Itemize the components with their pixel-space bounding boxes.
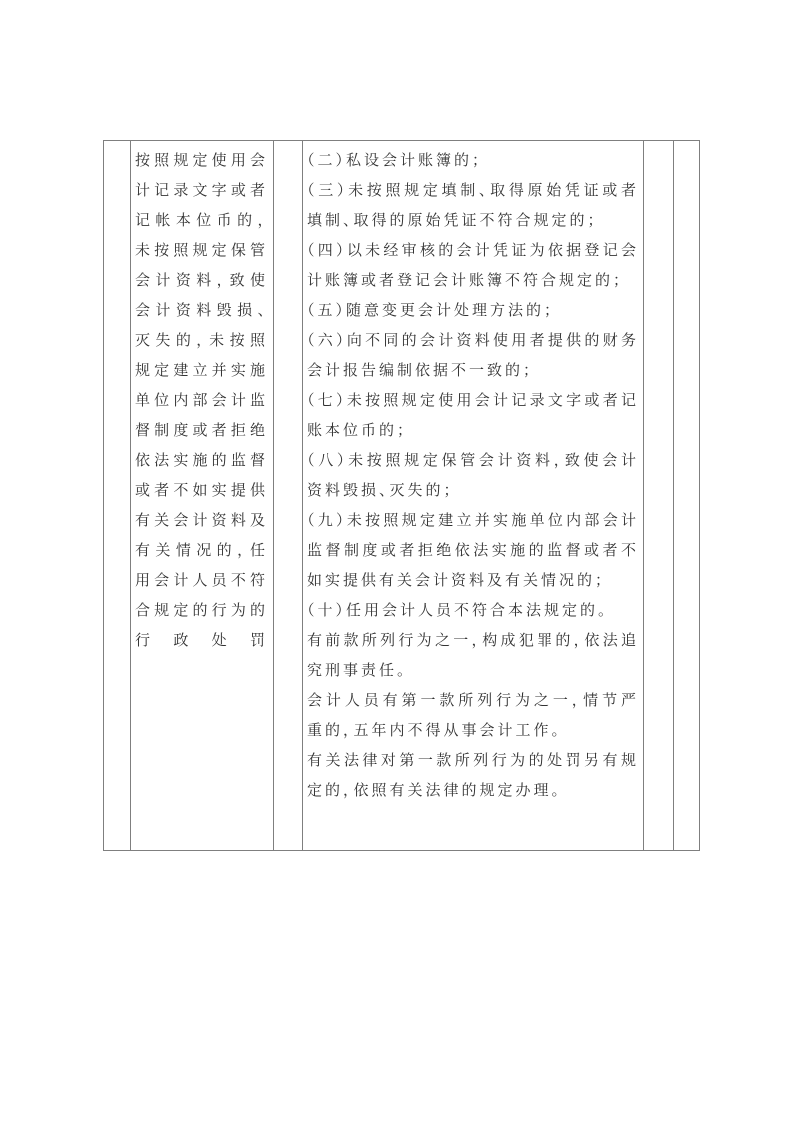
basis-paragraph: 有关法律对第一款所列行为的处罚另有规定的，依照有关法律的规定办理。: [307, 746, 639, 806]
behavior-text: 按照规定使用会计记录文字或者记帐本位币的，未按照规定保管会计资料，致使会计资料毁…: [135, 146, 269, 656]
basis-paragraph: （五）随意变更会计处理方法的；: [307, 296, 639, 326]
basis-paragraph: （八）未按照规定保管会计资料，致使会计资料毁损、灭失的；: [307, 446, 639, 506]
cell-right-empty-1: [644, 141, 674, 851]
basis-paragraph: 有前款所列行为之一，构成犯罪的，依法追究刑事责任。: [307, 626, 639, 686]
basis-paragraph: （四）以未经审核的会计凭证为依据登记会计账簿或者登记会计账簿不符合规定的；: [307, 236, 639, 296]
basis-paragraph: （三）未按照规定填制、取得原始凭证或者填制、取得的原始凭证不符合规定的；: [307, 176, 639, 236]
table-row: 按照规定使用会计记录文字或者记帐本位币的，未按照规定保管会计资料，致使会计资料毁…: [104, 141, 700, 851]
basis-paragraph: 会计人员有第一款所列行为之一，情节严重的，五年内不得从事会计工作。: [307, 686, 639, 746]
cell-legal-basis: （二）私设会计账簿的；（三）未按照规定填制、取得原始凭证或者填制、取得的原始凭证…: [303, 141, 644, 851]
cell-sequence-empty: [104, 141, 131, 851]
basis-paragraph: （七）未按照规定使用会计记录文字或者记账本位币的；: [307, 386, 639, 446]
cell-right-empty-2: [674, 141, 700, 851]
basis-paragraph-list: （二）私设会计账簿的；（三）未按照规定填制、取得原始凭证或者填制、取得的原始凭证…: [307, 146, 639, 806]
cell-behavior-description: 按照规定使用会计记录文字或者记帐本位币的，未按照规定保管会计资料，致使会计资料毁…: [131, 141, 274, 851]
cell-gap-empty: [274, 141, 303, 851]
basis-paragraph: （九）未按照规定建立并实施单位内部会计监督制度或者拒绝依法实施的监督或者不如实提…: [307, 506, 639, 596]
basis-paragraph: （十）任用会计人员不符合本法规定的。: [307, 596, 639, 626]
basis-paragraph: （二）私设会计账簿的；: [307, 146, 639, 176]
basis-paragraph: （六）向不同的会计资料使用者提供的财务会计报告编制依据不一致的；: [307, 326, 639, 386]
penalty-table: 按照规定使用会计记录文字或者记帐本位币的，未按照规定保管会计资料，致使会计资料毁…: [103, 140, 700, 851]
document-page: 按照规定使用会计记录文字或者记帐本位币的，未按照规定保管会计资料，致使会计资料毁…: [0, 0, 793, 1122]
